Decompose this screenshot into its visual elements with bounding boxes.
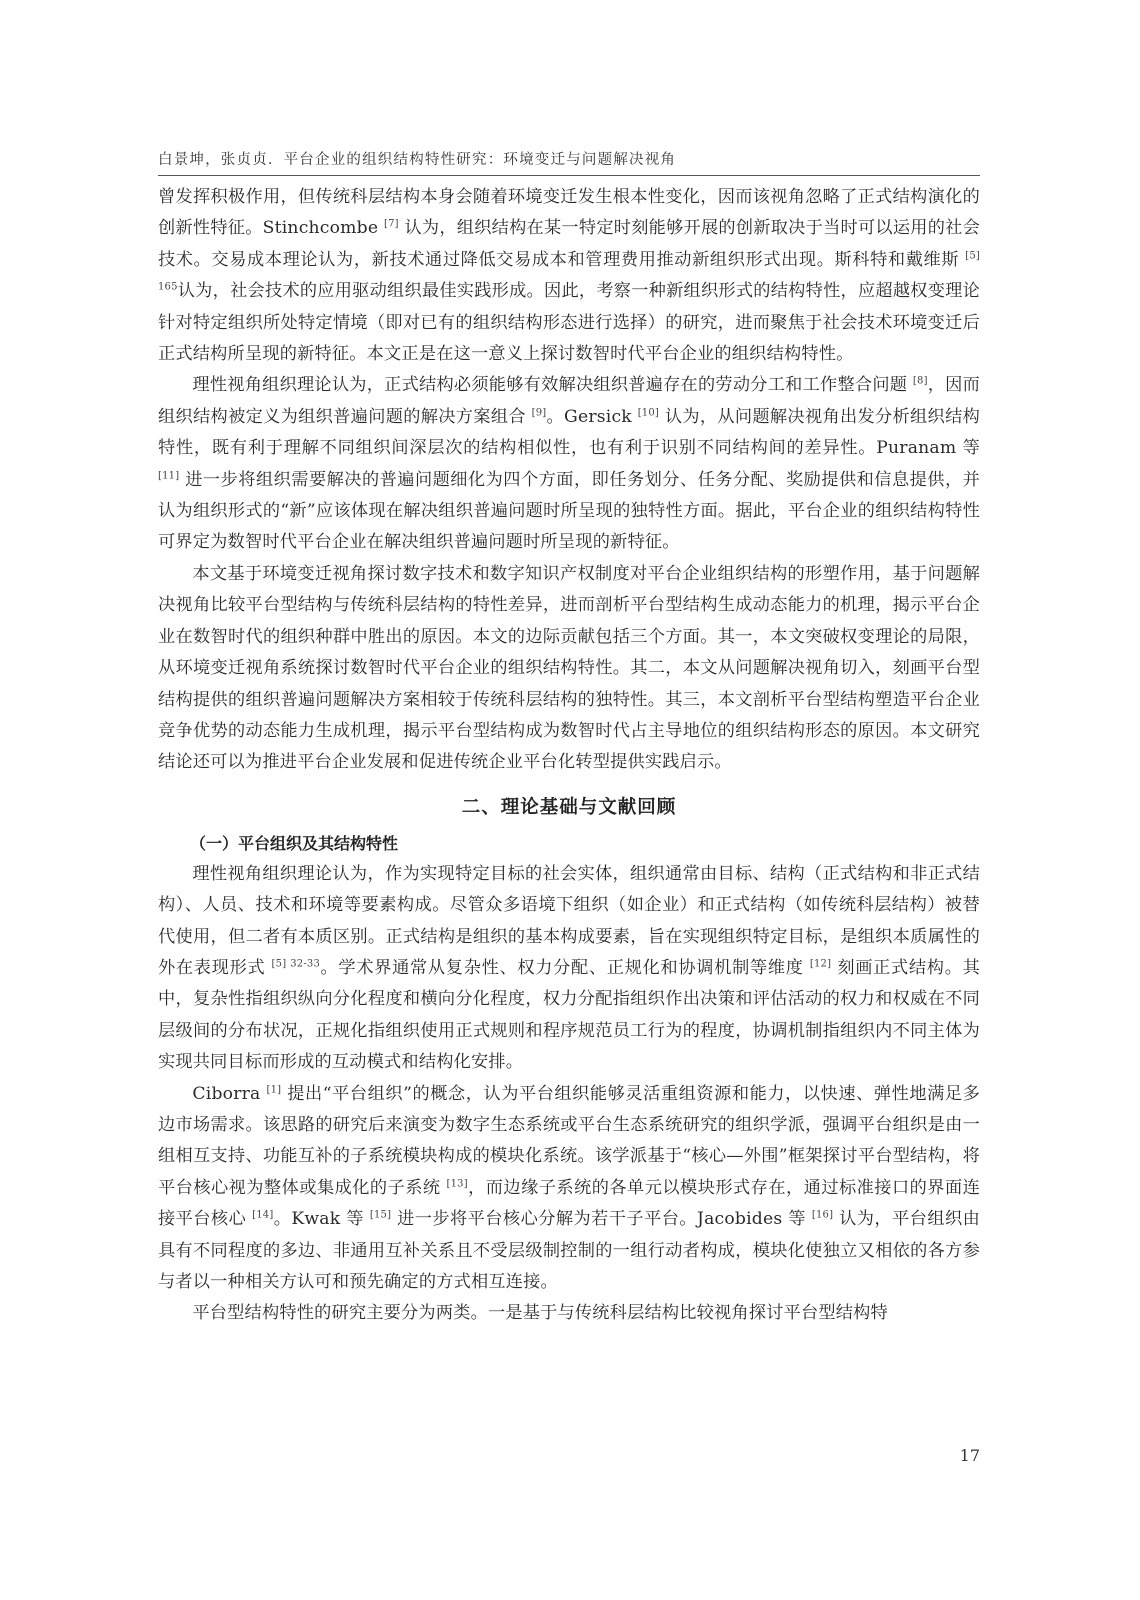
citation-ref: [10]: [638, 407, 659, 418]
paragraph: 理性视角组织理论认为，作为实现特定目标的社会实体，组织通常由目标、结构（正式结构…: [158, 859, 980, 1079]
citation-ref: [5] 32-33: [272, 958, 320, 969]
citation-ref: [7]: [384, 219, 399, 230]
intro-paragraphs: 曾发挥积极作用，但传统科层结构本身会随着环境变迁发生根本性变化，因而该视角忽略了…: [158, 182, 980, 779]
paragraph: 平台型结构特性的研究主要分为两类。一是基于与传统科层结构比较视角探讨平台型结构特: [158, 1298, 980, 1329]
citation-ref: [14]: [252, 1209, 273, 1220]
paragraph: 本文基于环境变迁视角探讨数字技术和数字知识产权制度对平台企业组织结构的形塑作用，…: [158, 559, 980, 779]
citation-ref: [8]: [913, 376, 928, 387]
journal-page: 白景坤，张贞贞．平台企业的组织结构特性研究：环境变迁与问题解决视角 曾发挥积极作…: [158, 148, 980, 1330]
body-text: 曾发挥积极作用，但传统科层结构本身会随着环境变迁发生根本性变化，因而该视角忽略了…: [158, 182, 980, 1330]
paragraph: 曾发挥积极作用，但传统科层结构本身会随着环境变迁发生根本性变化，因而该视角忽略了…: [158, 182, 980, 370]
citation-ref: [5] 165: [158, 250, 980, 292]
citation-ref: [16]: [812, 1209, 833, 1220]
section-title: 二、理论基础与文献回顾: [158, 793, 980, 819]
citation-ref: [1]: [267, 1084, 282, 1095]
citation-ref: [12]: [810, 958, 831, 969]
paragraph: 理性视角组织理论认为，正式结构必须能够有效解决组织普遍存在的劳动分工和工作整合问…: [158, 370, 980, 558]
section-paragraphs: 理性视角组织理论认为，作为实现特定目标的社会实体，组织通常由目标、结构（正式结构…: [158, 859, 980, 1330]
citation-ref: [13]: [447, 1178, 468, 1189]
paragraph: Ciborra [1] 提出“平台组织”的概念，认为平台组织能够灵活重组资源和能…: [158, 1079, 980, 1299]
citation-ref: [9]: [532, 407, 547, 418]
page-number: 17: [960, 1446, 980, 1465]
citation-ref: [11]: [158, 470, 179, 481]
citation-ref: [15]: [370, 1209, 391, 1220]
subsection-title: （一）平台组织及其结构特性: [190, 831, 980, 857]
running-head: 白景坤，张贞贞．平台企业的组织结构特性研究：环境变迁与问题解决视角: [158, 148, 980, 176]
